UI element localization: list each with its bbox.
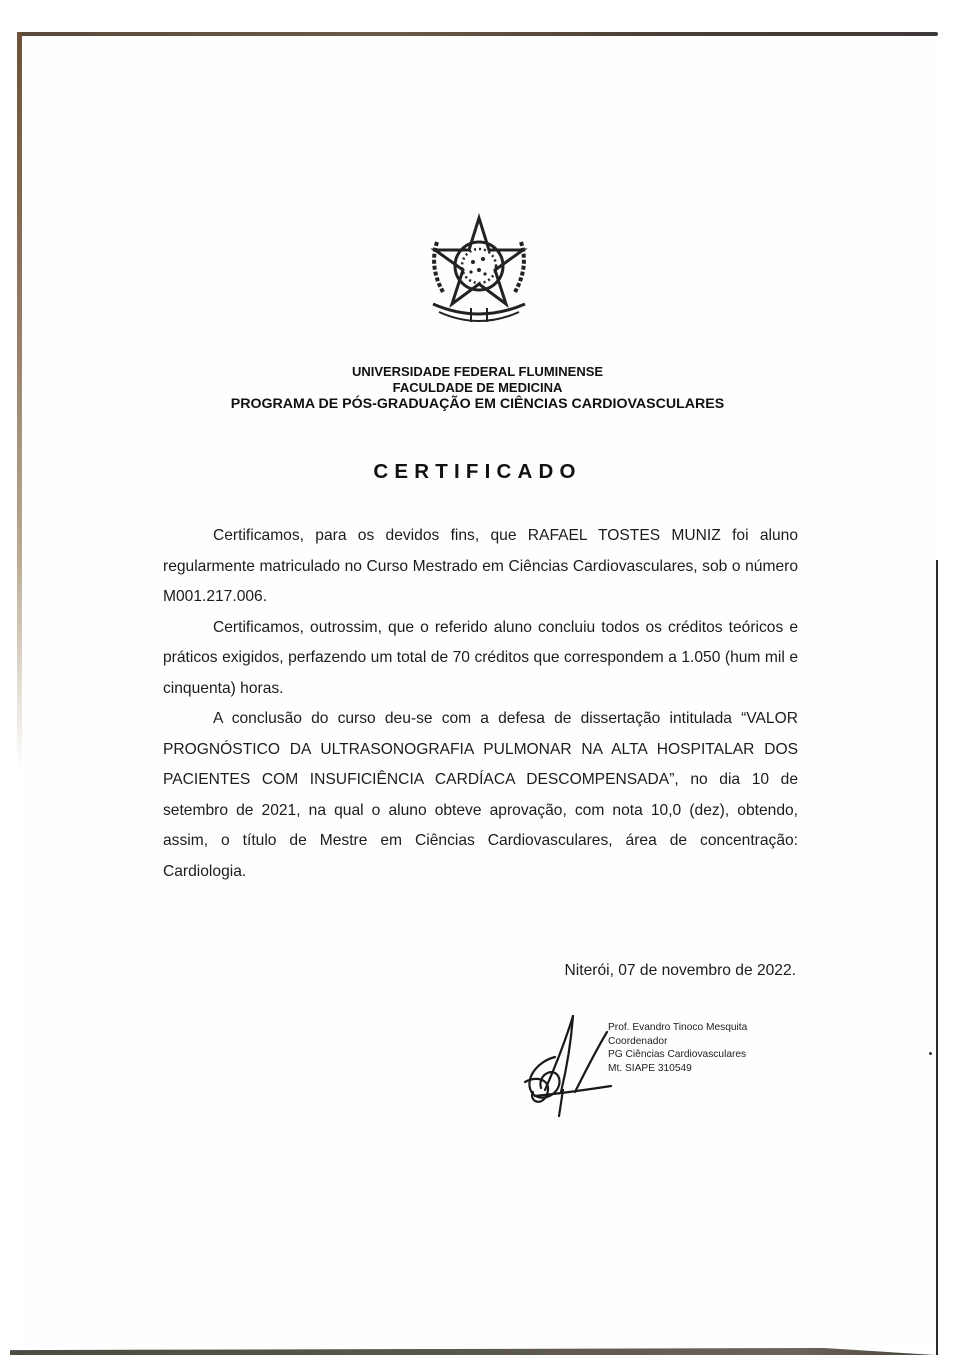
signer-unit: PG Ciências Cardiovasculares: [608, 1048, 747, 1062]
faculty-name: FACULDADE DE MEDICINA: [0, 380, 955, 396]
paragraph-credits: Certificamos, outrossim, que o referido …: [163, 613, 798, 705]
scan-speck: [929, 1052, 932, 1055]
scan-edge-top: [18, 32, 938, 36]
certificate-body: Certificamos, para os devidos fins, que …: [163, 521, 798, 887]
program-name: PROGRAMA DE PÓS-GRADUAÇÃO EM CIÊNCIAS CA…: [0, 396, 955, 412]
handwritten-signature-icon: [515, 1012, 615, 1122]
scan-edge-right: [936, 560, 938, 1355]
paragraph-enrollment: Certificamos, para os devidos fins, que …: [163, 521, 798, 613]
city-date: Niterói, 07 de novembro de 2022.: [0, 962, 796, 980]
certificate-title: CERTIFICADO: [0, 460, 955, 484]
scan-edge-bottom: [10, 1348, 935, 1355]
signer-role: Coordenador: [608, 1035, 747, 1049]
institution-header: UNIVERSIDADE FEDERAL FLUMINENSE FACULDAD…: [0, 364, 955, 412]
paragraph-dissertation: A conclusão do curso deu-se com a defesa…: [163, 704, 798, 887]
university-name: UNIVERSIDADE FEDERAL FLUMINENSE: [0, 364, 955, 380]
brazil-coat-of-arms-icon: [423, 212, 535, 332]
signer-id: Mt. SIAPE 310549: [608, 1062, 747, 1076]
signer-block: Prof. Evandro Tinoco Mesquita Coordenado…: [608, 1021, 747, 1075]
signer-name: Prof. Evandro Tinoco Mesquita: [608, 1021, 747, 1035]
